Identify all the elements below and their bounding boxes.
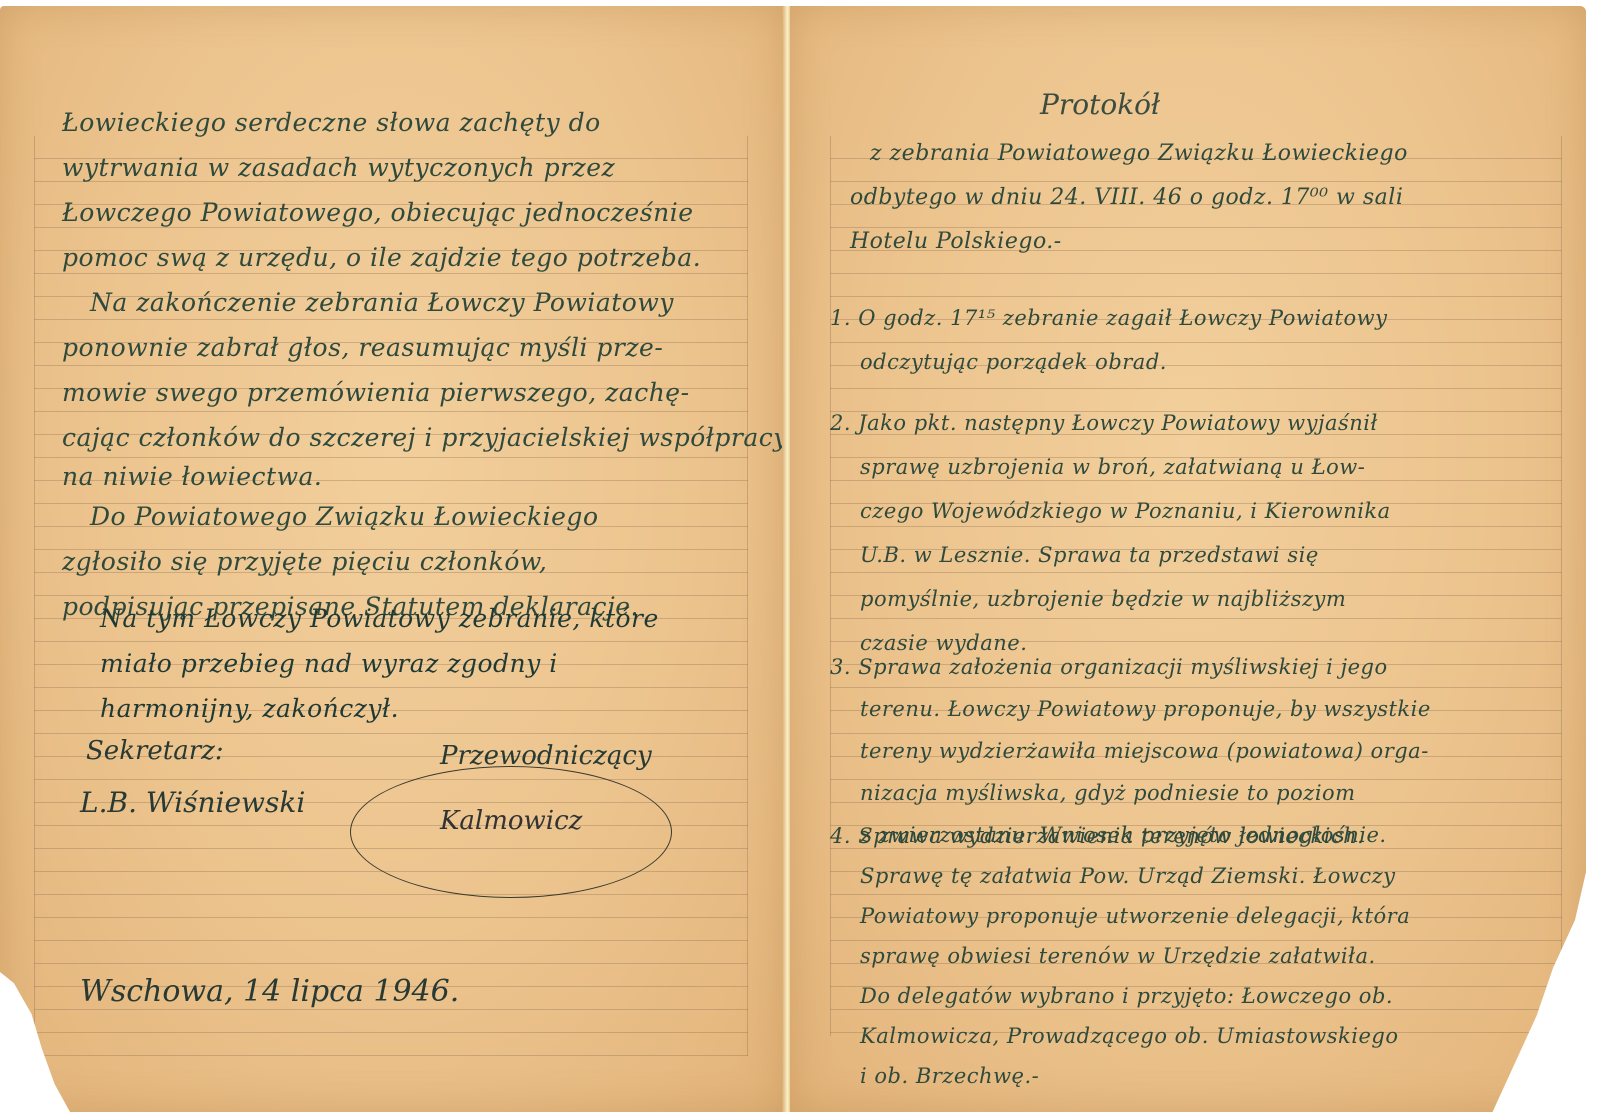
text-line: terenu. Łowczy Powiatowy proponuje, by w… [830, 697, 1431, 721]
notebook-spread: Łowieckiego serdeczne słowa zachęty do w… [0, 0, 1600, 1118]
item-number: 3. [830, 655, 851, 679]
text-line: mowie swego przemówienia pierwszego, zac… [62, 370, 788, 415]
text-line: Jako pkt. następny Łowczy Powiatowy wyja… [858, 411, 1378, 435]
left-page-body: Łowieckiego serdeczne słowa zachęty do w… [62, 100, 788, 629]
text-line: Do delegatów wybrano i przyjęto: Łowczeg… [830, 984, 1393, 1008]
text-line: Łowczego Powiatowego, obiecując jednocze… [62, 190, 788, 235]
text-line: i ob. Brzechwę.- [830, 1064, 1039, 1088]
agenda-item-1: 1. O godz. 17¹⁵ zebranie zagaił Łowczy P… [830, 296, 1387, 384]
text-line: wytrwania w zasadach wytyczonych przez [62, 145, 788, 190]
text-line: cając członków do szczerej i przyjaciels… [62, 415, 788, 460]
agenda-item-2: 2. Jako pkt. następny Łowczy Powiatowy w… [830, 401, 1391, 665]
text-line: zgłosiło się przyjęte pięciu członków, [62, 539, 788, 584]
text-line: odczytując porządek obrad. [830, 350, 1167, 374]
text-line: Sprawa wydzierżawienia terenów łowieckic… [858, 824, 1364, 848]
text-line: Łowieckiego serdeczne słowa zachęty do [62, 100, 788, 145]
secretary-label: Sekretarz: [86, 736, 224, 766]
text-line: U.B. w Lesznie. Sprawa ta przedstawi się [830, 543, 1319, 567]
text-line: O godz. 17¹⁵ zebranie zagaił Łowczy Powi… [858, 306, 1387, 330]
text-line: Hotelu Polskiego.- [850, 220, 1408, 264]
text-line: Na zakończenie zebrania Łowczy Powiatowy [62, 280, 788, 325]
text-line: Kalmowicza, Prowadzącego ob. Umiastowski… [830, 1024, 1399, 1048]
protocol-header: z zebrania Powiatowego Związku Łowieckie… [870, 132, 1408, 264]
chair-label: Przewodniczący [440, 741, 652, 771]
text-line: miało przebieg nad wyraz zgodny i [100, 641, 659, 686]
text-line: pomoc swą z urzędu, o ile zajdzie tego p… [62, 235, 788, 280]
item-number: 1. [830, 306, 851, 330]
text-line: Na tym Łowczy Powiatowy zebranie, które [100, 596, 659, 641]
left-page: Łowieckiego serdeczne słowa zachęty do w… [0, 6, 784, 1112]
text-line: tereny wydzierżawiła miejscowa (powiatow… [830, 739, 1429, 763]
agenda-item-4: 4. Sprawa wydzierżawienia terenów łowiec… [830, 816, 1410, 1096]
text-line: nizacja myśliwska, gdyż podniesie to poz… [830, 781, 1356, 805]
item-number: 4. [830, 824, 851, 848]
text-line: pomyślnie, uzbrojenie będzie w najbliższ… [830, 587, 1346, 611]
page-title: Protokół [1040, 88, 1160, 121]
text-line: Powiatowy proponuje utworzenie delegacji… [830, 904, 1410, 928]
text-line: sprawę obwiesi terenów w Urzędzie załatw… [830, 944, 1376, 968]
text-line: odbytego w dniu 24. VIII. 46 o godz. 17⁰… [850, 176, 1408, 220]
text-line: Sprawa założenia organizacji myśliwskiej… [858, 655, 1387, 679]
text-line: z zebrania Powiatowego Związku Łowieckie… [870, 132, 1408, 176]
secretary-signature: L.B. Wiśniewski [80, 786, 305, 819]
text-line: Sprawę tę załatwia Pow. Urząd Ziemski. Ł… [830, 864, 1396, 888]
signature-flourish-icon [350, 766, 672, 898]
text-line: na niwie łowiectwa. [62, 460, 788, 494]
item-number: 2. [830, 411, 851, 435]
text-line: Do Powiatowego Związku Łowieckiego [62, 494, 788, 539]
left-page-closing: Na tym Łowczy Powiatowy zebranie, które … [100, 596, 659, 731]
place-date: Wschowa, 14 lipca 1946. [80, 974, 459, 1009]
text-line: harmonijny, zakończył. [100, 686, 659, 731]
text-line: czego Wojewódzkiego w Poznaniu, i Kierow… [830, 499, 1391, 523]
right-page: Protokół z zebrania Powiatowego Związku … [790, 6, 1586, 1112]
text-line: ponownie zabrał głos, reasumując myśli p… [62, 325, 788, 370]
text-line: sprawę uzbrojenia w broń, załatwianą u Ł… [830, 455, 1365, 479]
